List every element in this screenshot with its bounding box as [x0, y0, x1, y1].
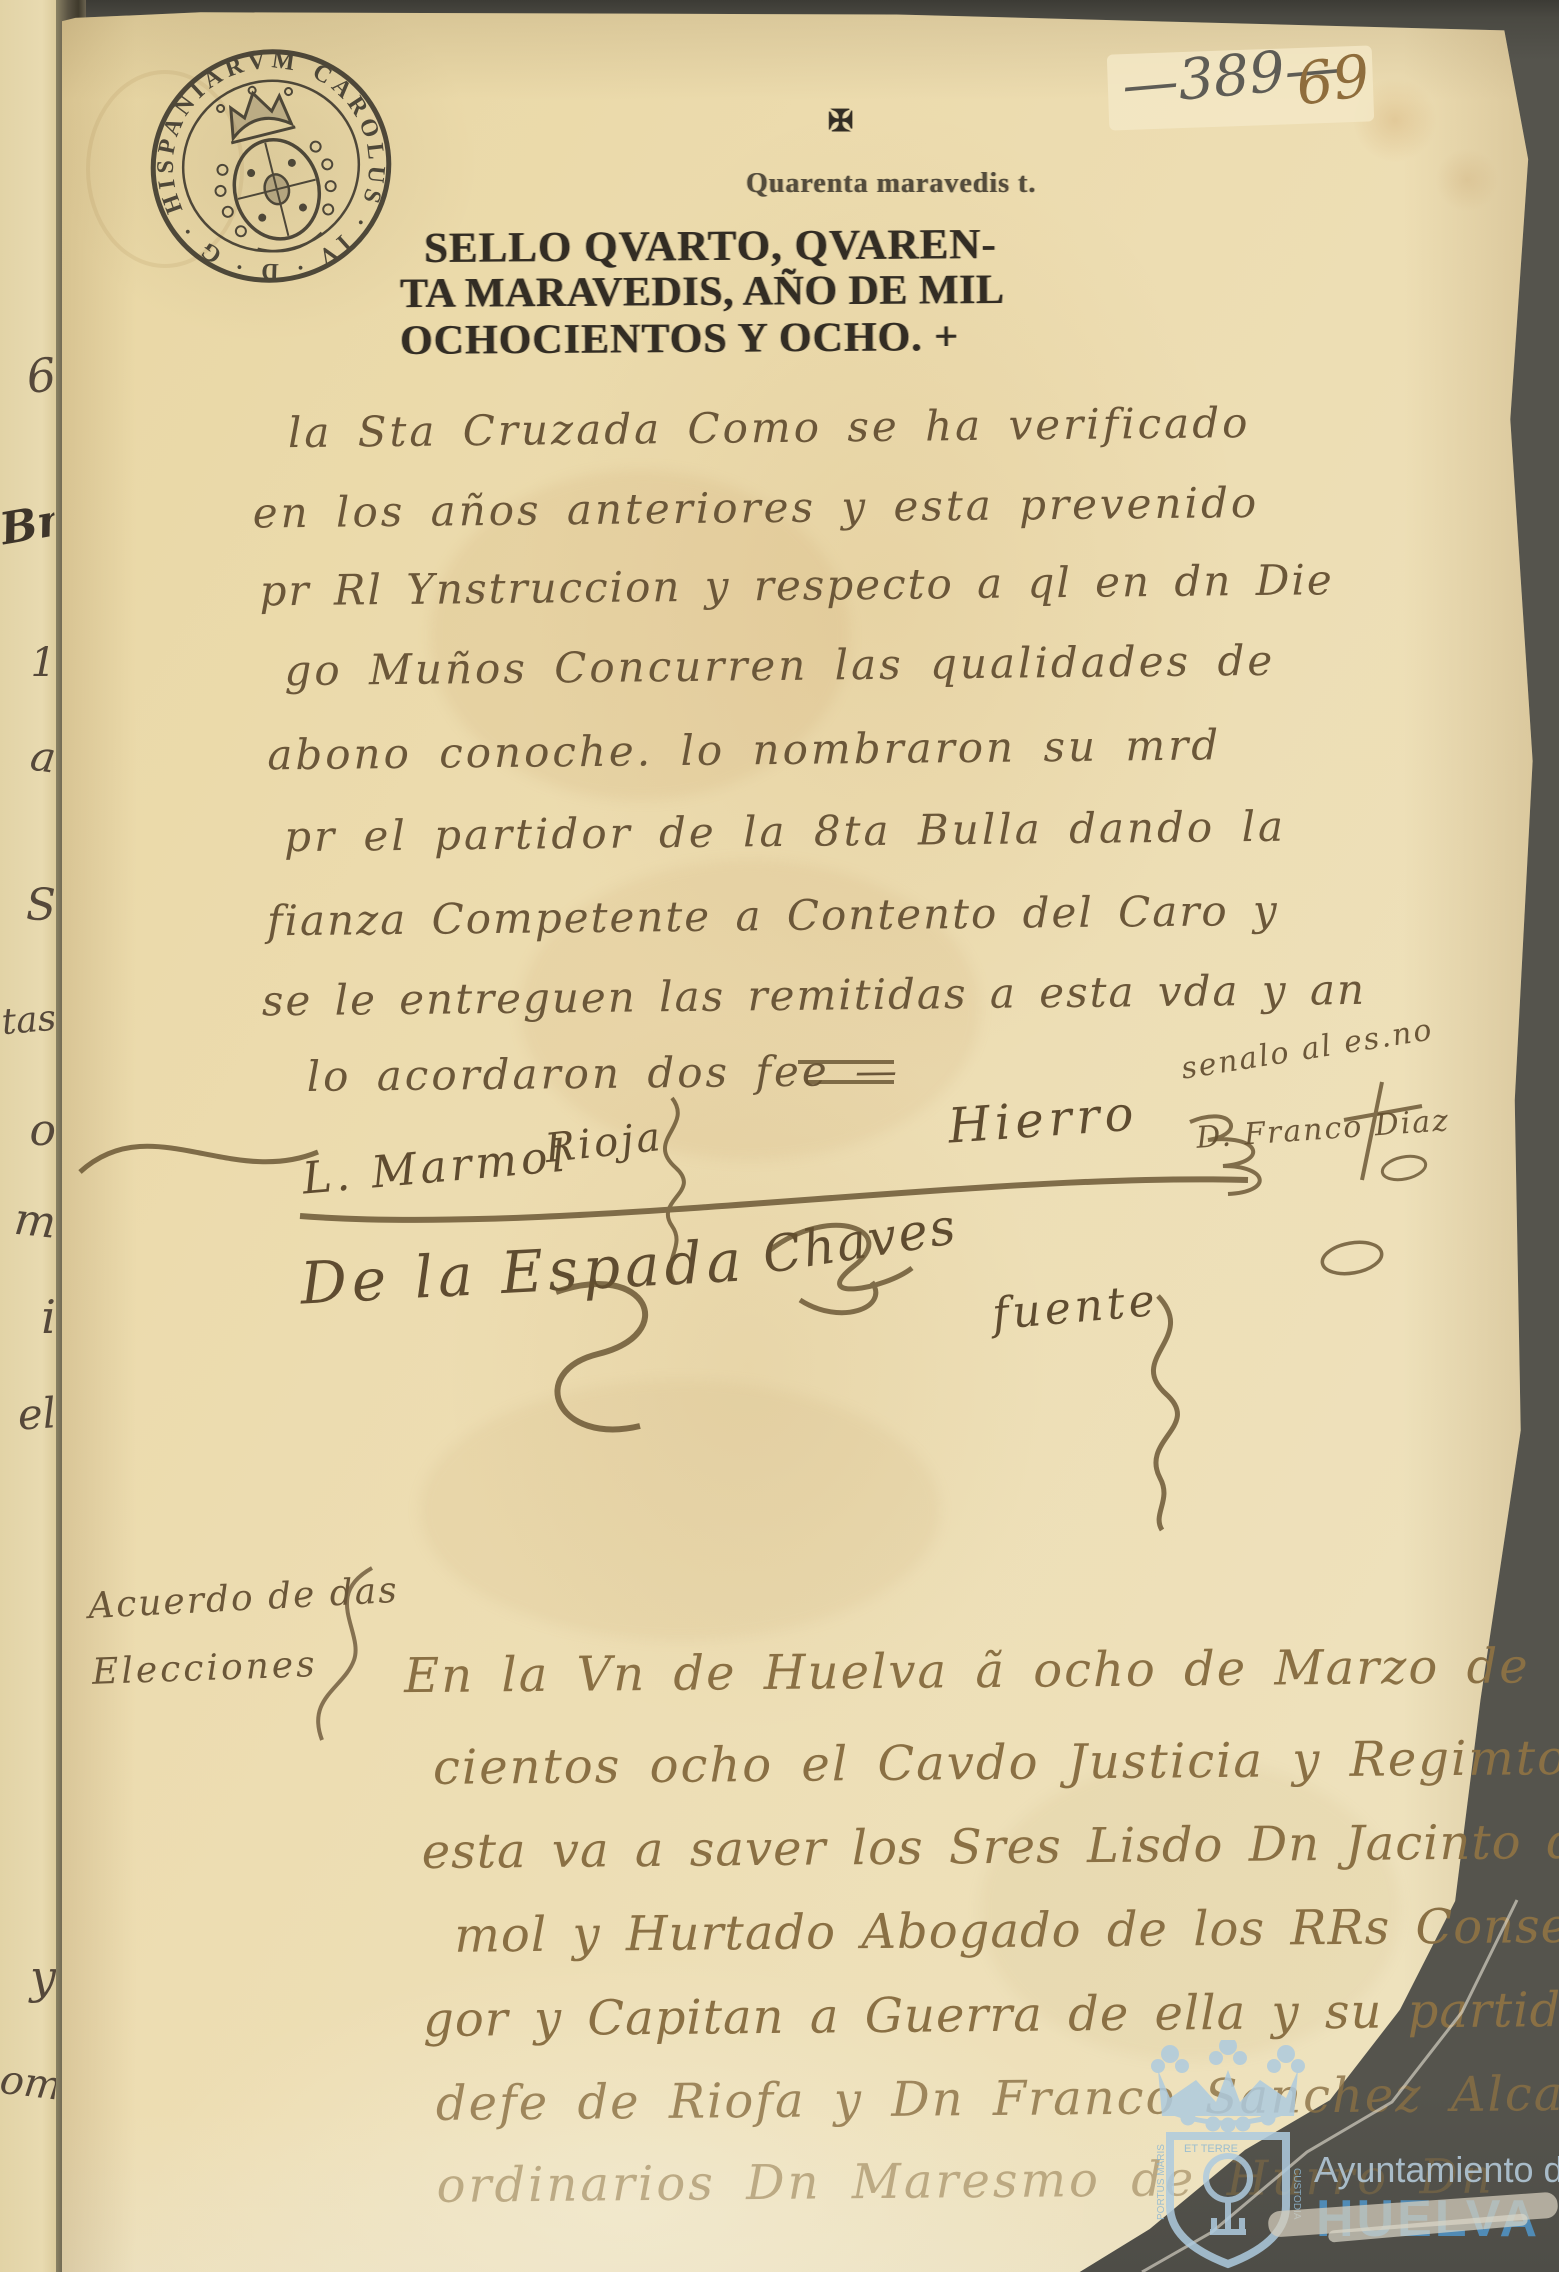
rubric-espada	[556, 1284, 645, 1429]
ink-flourishes	[0, 0, 1559, 2272]
huelva-watermark: ET TERRE PORTUS MARIS CUSTODIA Ayuntamie…	[1118, 2040, 1559, 2272]
watermark-motto-top: ET TERRE	[1184, 2143, 1238, 2155]
watermark-motto-left: PORTUS MARIS	[1156, 2144, 1167, 2220]
rubric-chaves	[770, 1225, 912, 1312]
rubric-rioja	[665, 1098, 684, 1282]
scanned-document: 6 Bm 1 a S tas o m i el y om CAROLUS · I…	[0, 0, 1559, 2272]
rubric-fuente	[1153, 1296, 1177, 1530]
paragraph-brace	[318, 1568, 372, 1740]
watermark-org-text: Ayuntamiento de	[1314, 2149, 1559, 2190]
notary-cross	[1344, 1082, 1422, 1180]
huelva-crest-icon	[1151, 2040, 1305, 2116]
